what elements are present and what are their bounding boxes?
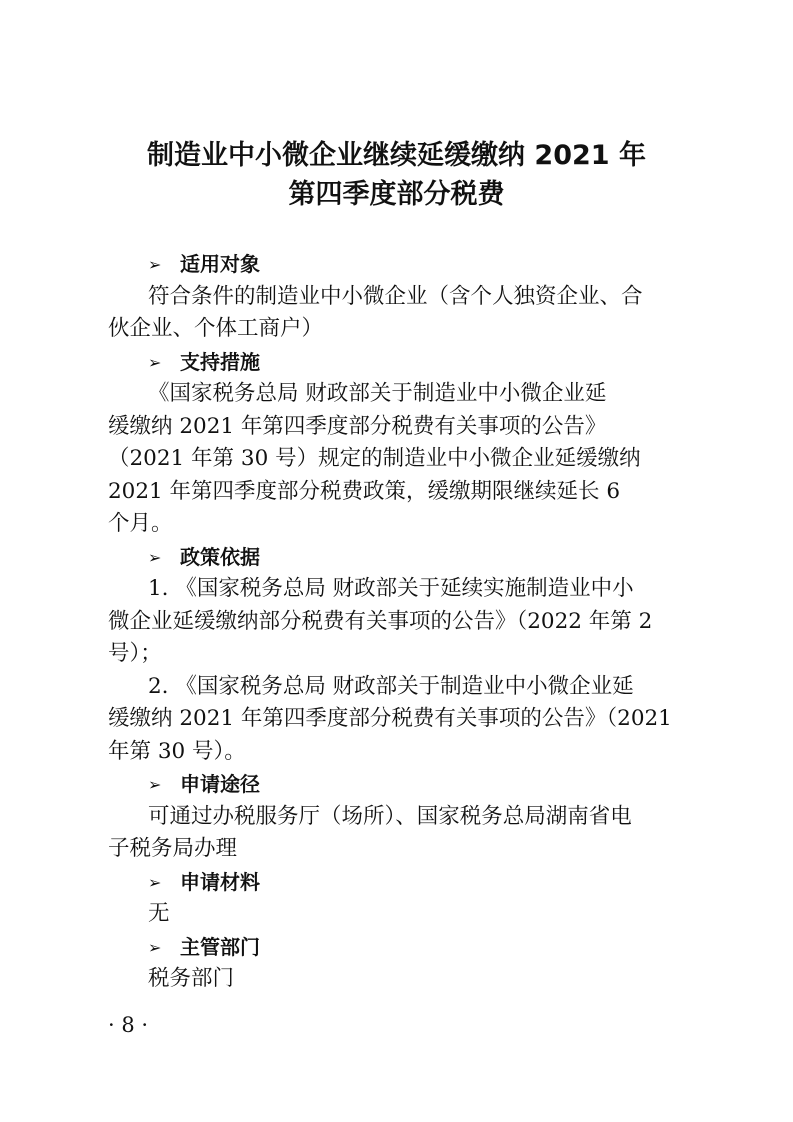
section-heading-application-channel: ➢申请途径 xyxy=(108,768,688,801)
paragraph-line: 号）； xyxy=(108,638,688,671)
document-page: 制造业中小微企业继续延缓缴纳 2021 年 第四季度部分税费 ➢适用对象 符合条… xyxy=(0,0,793,1122)
document-title-line-1: 制造业中小微企业继续延缓缴纳 2021 年 xyxy=(0,133,793,172)
paragraph-line: 微企业延缓缴纳部分税费有关事项的公告》（2022 年第 2 xyxy=(108,606,688,639)
paragraph-line: 伙企业、个体工商户） xyxy=(108,313,688,346)
paragraph-line: 缓缴纳 2021 年第四季度部分税费有关事项的公告》（2021 xyxy=(108,703,688,736)
paragraph-line: 子税务局办理 xyxy=(108,833,688,866)
arrow-bullet-icon: ➢ xyxy=(148,769,180,802)
arrow-bullet-icon: ➢ xyxy=(148,249,180,282)
paragraph-line: （2021 年第 30 号）规定的制造业中小微企业延缓缴纳 xyxy=(108,443,688,476)
section-heading-policy-basis: ➢政策依据 xyxy=(108,541,688,574)
document-title-line-2: 第四季度部分税费 xyxy=(0,172,793,211)
paragraph-line: 2021 年第四季度部分税费政策，缓缴期限继续延长 6 xyxy=(108,476,688,509)
paragraph-line: 符合条件的制造业中小微企业（含个人独资企业、合 xyxy=(108,281,688,314)
paragraph-line: 个月。 xyxy=(108,508,688,541)
document-body: ➢适用对象 符合条件的制造业中小微企业（含个人独资企业、合 伙企业、个体工商户）… xyxy=(108,248,688,996)
paragraph-line: 税务部门 xyxy=(108,963,688,996)
arrow-bullet-icon: ➢ xyxy=(148,932,180,965)
paragraph-line: 可通过办税服务厅（场所）、国家税务总局湖南省电 xyxy=(108,801,688,834)
arrow-bullet-icon: ➢ xyxy=(148,347,180,380)
paragraph-line: 《国家税务总局 财政部关于制造业中小微企业延 xyxy=(108,378,688,411)
section-heading-competent-department: ➢主管部门 xyxy=(108,931,688,964)
paragraph-line: 1. 《国家税务总局 财政部关于延续实施制造业中小 xyxy=(108,573,688,606)
paragraph-line: 年第 30 号）。 xyxy=(108,736,688,769)
section-heading-applicable-targets: ➢适用对象 xyxy=(108,248,688,281)
section-heading-support-measures: ➢支持措施 xyxy=(108,346,688,379)
page-number: · 8 · xyxy=(108,1013,148,1037)
arrow-bullet-icon: ➢ xyxy=(148,542,180,575)
section-heading-application-materials: ➢申请材料 xyxy=(108,866,688,899)
arrow-bullet-icon: ➢ xyxy=(148,867,180,900)
paragraph-line: 缓缴纳 2021 年第四季度部分税费有关事项的公告》 xyxy=(108,411,688,444)
paragraph-line: 无 xyxy=(108,898,688,931)
paragraph-line: 2. 《国家税务总局 财政部关于制造业中小微企业延 xyxy=(108,671,688,704)
